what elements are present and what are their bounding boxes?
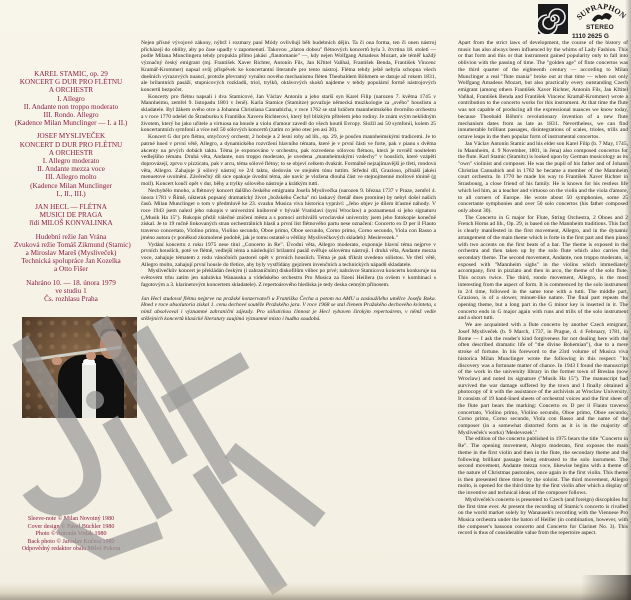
movement: III. Allegro molto	[14, 173, 128, 181]
production-credits: Hudební režie Jan Vrána Zvuková režie To…	[14, 233, 128, 274]
performer-line: řídí MILOŠ KONVALINKA	[14, 219, 128, 227]
english-paragraph: Jan Václav Antonín Stamic and his elder …	[458, 141, 628, 215]
work-title: A ORCHESTR	[14, 149, 128, 157]
credit-line: Photo © Antonín Vodák 1980	[14, 531, 128, 539]
cadence-note: I., II., III.)	[14, 190, 128, 198]
english-paragraph: Mysliveček's concerto is presented to Cz…	[458, 497, 628, 537]
recording-info: Nahráno 10. — 18. února 1979 ve studiu 1…	[14, 279, 128, 304]
production-line: a Miroslav Mareš (Mysliveček)	[14, 249, 128, 257]
stereo-label: STEREO	[586, 24, 614, 31]
cadence-note: (Kadence Milan Munclinger	[14, 182, 128, 190]
english-liner-notes: Apart from the strict laws of developmen…	[458, 40, 628, 537]
supraphon-lion-logo-icon: SUPRAPHON	[574, 2, 630, 22]
production-line: a Otto Fišer	[14, 265, 128, 273]
performers: JAN HECL — FLÉTNA MUSICI DE PRAGA řídí M…	[14, 203, 128, 228]
czech-liner-notes: Nejen přísné vývojové zákony, nýbrž i ro…	[141, 40, 436, 322]
record-sleeve-back: SUPRAPHON STEREO 1110 2625 G KAREL STAMI…	[0, 0, 631, 600]
program-myslivecek: JOSEF MYSLIVEČEK KONCERT D DUR PRO FLÉTN…	[14, 132, 128, 198]
movement: II. Andante non troppo moderato	[14, 103, 128, 111]
recording-line: Nahráno 10. — 18. února 1979	[14, 279, 128, 287]
production-line: Technická spolupráce Jan Kozelka	[14, 257, 128, 265]
production-line: Zvuková režie Tomáš Zikmund (Stamic)	[14, 241, 128, 249]
production-line: Hudební režie Jan Vrána	[14, 233, 128, 241]
work-title: KONCERT D DUR PRO FLÉTNU	[14, 141, 128, 149]
movement: I. Allegro moderato	[14, 157, 128, 165]
czech-paragraph: Koncert G dur pro flétnu, smyčcový orche…	[141, 134, 436, 188]
english-paragraph: The edition of the concerto published in…	[458, 436, 628, 496]
english-paragraph: The Concerto in G major for Flute, Strin…	[458, 215, 628, 323]
credit-line: Odpovědný redaktor obalu Miloš Pokora	[14, 546, 128, 554]
performer-line: JAN HECL — FLÉTNA	[14, 203, 128, 211]
program-credits: KAREL STAMIC, op. 29 KONCERT G DUR PRO F…	[14, 70, 128, 308]
english-paragraph: Apart from the strict laws of developmen…	[458, 40, 628, 141]
movement: III. Rondo. Allegro	[14, 111, 128, 119]
recording-line: ve studiu 1	[14, 287, 128, 295]
composer-line: KAREL STAMIC, op. 29	[14, 70, 128, 78]
flautist-photo	[22, 317, 137, 418]
credit-line: Back photo © Jaroslav Kučera 1980	[14, 539, 128, 547]
performer-bio: Jan Hecl studoval flétnu nejprve na praž…	[141, 296, 436, 323]
czech-paragraph: Koncerty pro flétnu napsali i dva Stamic…	[141, 94, 436, 134]
movement: I. Allegro	[14, 95, 128, 103]
credit-line: Sleeve-note © Milan Novotný 1980	[14, 516, 128, 524]
composer-line: JOSEF MYSLIVEČEK	[14, 132, 128, 140]
spiral-logo-icon	[538, 4, 568, 34]
program-stamic: KAREL STAMIC, op. 29 KONCERT G DUR PRO F…	[14, 70, 128, 127]
sleeve-credits: Sleeve-note © Milan Novotný 1980 Cover d…	[14, 516, 128, 554]
work-title: A ORCHESTR	[14, 86, 128, 94]
czech-paragraph: Vydání koncertu z roku 1975 nese titul „…	[141, 242, 436, 269]
cadence-note: (Kadence Milan Munclinger — I. a II.)	[14, 119, 128, 127]
sleeve-corner-shadow	[581, 575, 631, 600]
recording-line: Čs. rozhlasu Praha	[14, 295, 128, 303]
czech-paragraph: Nejen přísné vývojové zákony, nýbrž i ro…	[141, 40, 436, 94]
sleeve-bottom-edge	[0, 582, 631, 600]
catalog-number: 1110 2625 G	[572, 33, 609, 40]
work-title: KONCERT G DUR PRO FLÉTNU	[14, 78, 128, 86]
english-paragraph: We are acquainted with a flute concerto …	[458, 322, 628, 436]
sleeve-right-edge	[625, 0, 631, 600]
czech-paragraph: Nechybělo mnoho, a flétnový koncert dalš…	[141, 188, 436, 242]
czech-paragraph: Myslivečkův koncert je překládán českým …	[141, 268, 436, 288]
movement: II. Andante mezza voce	[14, 165, 128, 173]
